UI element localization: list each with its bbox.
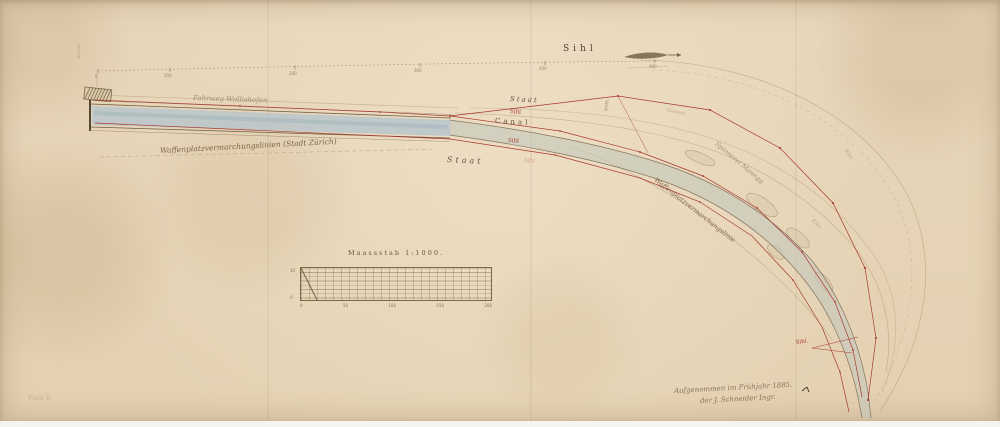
scale-tick: 150 (436, 303, 444, 308)
station-0: 0 (95, 74, 98, 79)
station-300: 300 (414, 68, 422, 73)
river-name-label: Sihl (563, 45, 597, 54)
bridge-hatch (84, 87, 112, 102)
scanned-plan-page: Sihl Brücke Fahrweg Wollishofen Waffenpl… (0, 0, 1000, 427)
river-bend (449, 120, 871, 418)
pen-mark (802, 387, 809, 392)
bridge-note-label: Brücke (77, 44, 81, 58)
station-100: 100 (164, 73, 172, 78)
scale-diagonal (301, 268, 317, 300)
map-drawing (0, 0, 1000, 427)
station-500: 500 (649, 64, 657, 69)
sihl-red-lower-label: Sihl (508, 139, 519, 145)
station-200: 200 (289, 71, 297, 76)
scale-bottom-ticks: 0 50 100 150 200 (300, 303, 492, 308)
scale-tick: 0 (300, 303, 303, 308)
scale-tick: 100 (388, 303, 396, 308)
scale-left-tick: 10 (290, 268, 295, 273)
weg-label: Weg (603, 100, 608, 111)
archive-stamp: Plan B (28, 395, 51, 402)
sihl-pencil-label: Sihl (524, 159, 535, 165)
scale-title: Maassstab 1:1000. (300, 250, 492, 257)
scale-left-ticks: 10 0 (290, 268, 295, 300)
river-water (449, 120, 871, 418)
staat-upper-label: Staat (510, 96, 539, 104)
scale-tick: 200 (484, 303, 492, 308)
station-line (97, 59, 658, 73)
scale-tick: 50 (343, 303, 348, 308)
station-400: 400 (539, 66, 547, 71)
canal (90, 100, 452, 142)
sihl-red-upper-label: Sihl (510, 110, 521, 116)
scale-left-tick: 0 (290, 295, 295, 300)
scale-grid (300, 267, 492, 301)
